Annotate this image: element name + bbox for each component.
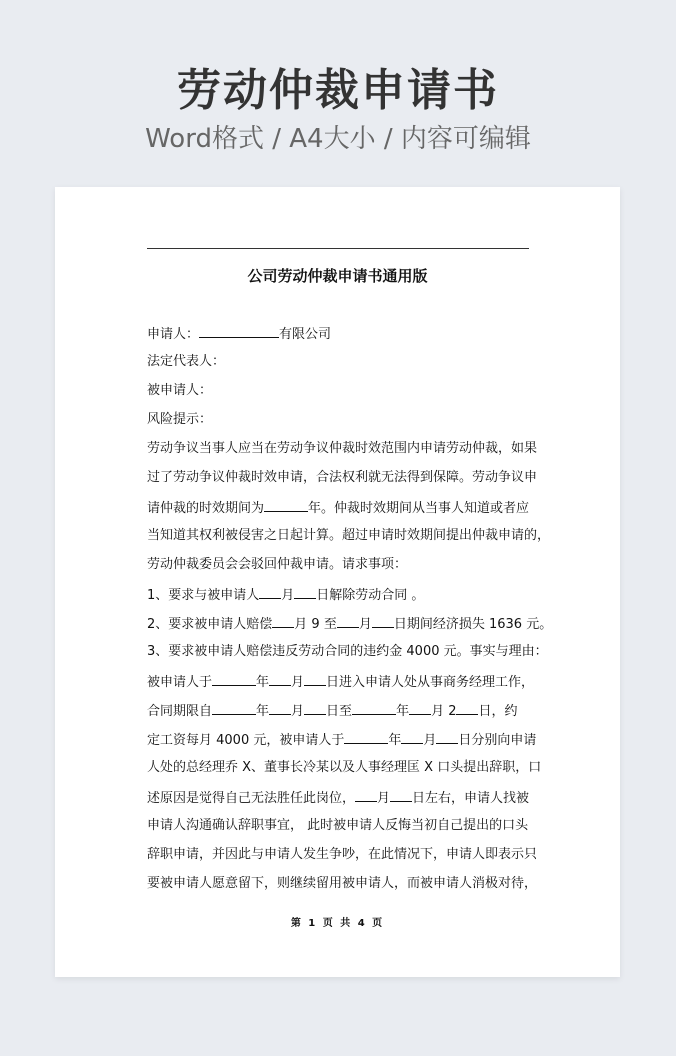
text: 月 9 至 [294, 617, 337, 632]
fact-line: 述原因是觉得自己无法胜任此岗位，月日左右，申请人找被 [147, 787, 539, 816]
blank [272, 613, 294, 628]
text: 月 [281, 588, 294, 603]
text: 日期间经济损失 1636 元。 [394, 617, 552, 632]
text: 日至 [326, 704, 352, 719]
blank [269, 700, 291, 715]
text: 月 [291, 675, 304, 690]
blank [352, 700, 396, 715]
fact-line: 定工资每月 4000 元，被申请人于年月日分别向申请 [147, 729, 539, 758]
text: 日解除劳动合同 。 [316, 588, 424, 603]
legal-rep-label: 法定代表人： [147, 354, 225, 369]
blank [456, 700, 478, 715]
text: 日，约 [478, 704, 517, 719]
text: 日左右，申请人找被 [412, 791, 529, 806]
applicant-blank [199, 323, 279, 338]
fact-line: 辞职申请，并因此与申请人发生争吵，在此情况下，申请人即表示只 [147, 845, 539, 874]
blank [355, 787, 377, 802]
text: 合同期限自 [147, 704, 212, 719]
fact-line: 人处的总经理乔 X、董事长冷某以及人事经理匡 X 口头提出辞职，口 [147, 758, 539, 787]
request-item-3: 3、要求被申请人赔偿违反劳动合同的违约金 4000 元。事实与理由： [147, 642, 539, 671]
risk-label: 风险提示： [147, 412, 212, 427]
blank [269, 671, 291, 686]
text: 1、要求与被申请人 [147, 588, 259, 603]
blank [401, 729, 423, 744]
text: 请仲裁的时效期间为 [147, 501, 264, 516]
respondent-label: 被申请人： [147, 383, 212, 398]
blank [436, 729, 458, 744]
paragraph-line: 过了劳动争议仲裁时效申请，合法权利就无法得到保障。劳动争议申 [147, 468, 539, 497]
risk-line: 风险提示： [147, 410, 539, 439]
fact-line: 合同期限自年月日至年月 2日，约 [147, 700, 539, 729]
applicant-line: 申请人：有限公司 [147, 323, 539, 352]
fact-line: 要被申请人愿意留下，则继续留用被申请人，而被申请人消极对待， [147, 874, 539, 903]
page-footer: 第 1 页 共 4 页 [55, 914, 620, 929]
applicant-label: 申请人： [147, 327, 199, 342]
document-title: 公司劳动仲裁申请书通用版 [55, 265, 620, 286]
blank [264, 497, 308, 512]
text: 年。仲裁时效期间从当事人知道或者应 [308, 501, 529, 516]
blank [212, 671, 256, 686]
text: 月 2 [431, 704, 456, 719]
applicant-suffix: 有限公司 [279, 327, 331, 342]
blank [344, 729, 388, 744]
text: 年 [396, 704, 409, 719]
request-item-2: 2、要求被申请人赔偿月 9 至月日期间经济损失 1636 元。 [147, 613, 539, 642]
blank [409, 700, 431, 715]
blank [294, 584, 316, 599]
header-rule [147, 248, 529, 249]
banner-subtitle: Word格式 / A4大小 / 内容可编辑 [0, 122, 676, 156]
document-page: 公司劳动仲裁申请书通用版 申请人：有限公司 法定代表人： 被申请人： 风险提示：… [55, 187, 620, 977]
blank [337, 613, 359, 628]
text: 年 [256, 675, 269, 690]
text: 日分别向申请 [458, 733, 536, 748]
request-item-1: 1、要求与被申请人月日解除劳动合同 。 [147, 584, 539, 613]
paragraph-line: 劳动争议当事人应当在劳动争议仲裁时效范围内申请劳动仲裁，如果 [147, 439, 539, 468]
text: 定工资每月 4000 元，被申请人于 [147, 733, 344, 748]
text: 述原因是觉得自己无法胜任此岗位， [147, 791, 355, 806]
text: 月 [291, 704, 304, 719]
text: 月 [423, 733, 436, 748]
text: 日进入申请人处从事商务经理工作， [326, 675, 534, 690]
blank [304, 700, 326, 715]
blank [390, 787, 412, 802]
paragraph-line: 请仲裁的时效期间为年。仲裁时效期间从当事人知道或者应 [147, 497, 539, 526]
blank [304, 671, 326, 686]
blank [372, 613, 394, 628]
text: 月 [359, 617, 372, 632]
text: 年 [256, 704, 269, 719]
text: 被申请人于 [147, 675, 212, 690]
fact-line: 申请人沟通确认辞职事宜， 此时被申请人反悔当初自己提出的口头 [147, 816, 539, 845]
text: 年 [388, 733, 401, 748]
document-body: 申请人：有限公司 法定代表人： 被申请人： 风险提示： 劳动争议当事人应当在劳动… [147, 323, 539, 903]
blank [212, 700, 256, 715]
paragraph-line: 劳动仲裁委员会会驳回仲裁申请。请求事项： [147, 555, 539, 584]
respondent-line: 被申请人： [147, 381, 539, 410]
fact-line: 被申请人于年月日进入申请人处从事商务经理工作， [147, 671, 539, 700]
paragraph-line: 当知道其权利被侵害之日起计算。超过申请时效期间提出仲裁申请的， [147, 526, 539, 555]
blank [259, 584, 281, 599]
text: 月 [377, 791, 390, 806]
legal-rep-line: 法定代表人： [147, 352, 539, 381]
banner-title: 劳动仲裁申请书 [0, 62, 676, 120]
text: 2、要求被申请人赔偿 [147, 617, 272, 632]
banner: 劳动仲裁申请书 Word格式 / A4大小 / 内容可编辑 [0, 62, 676, 156]
